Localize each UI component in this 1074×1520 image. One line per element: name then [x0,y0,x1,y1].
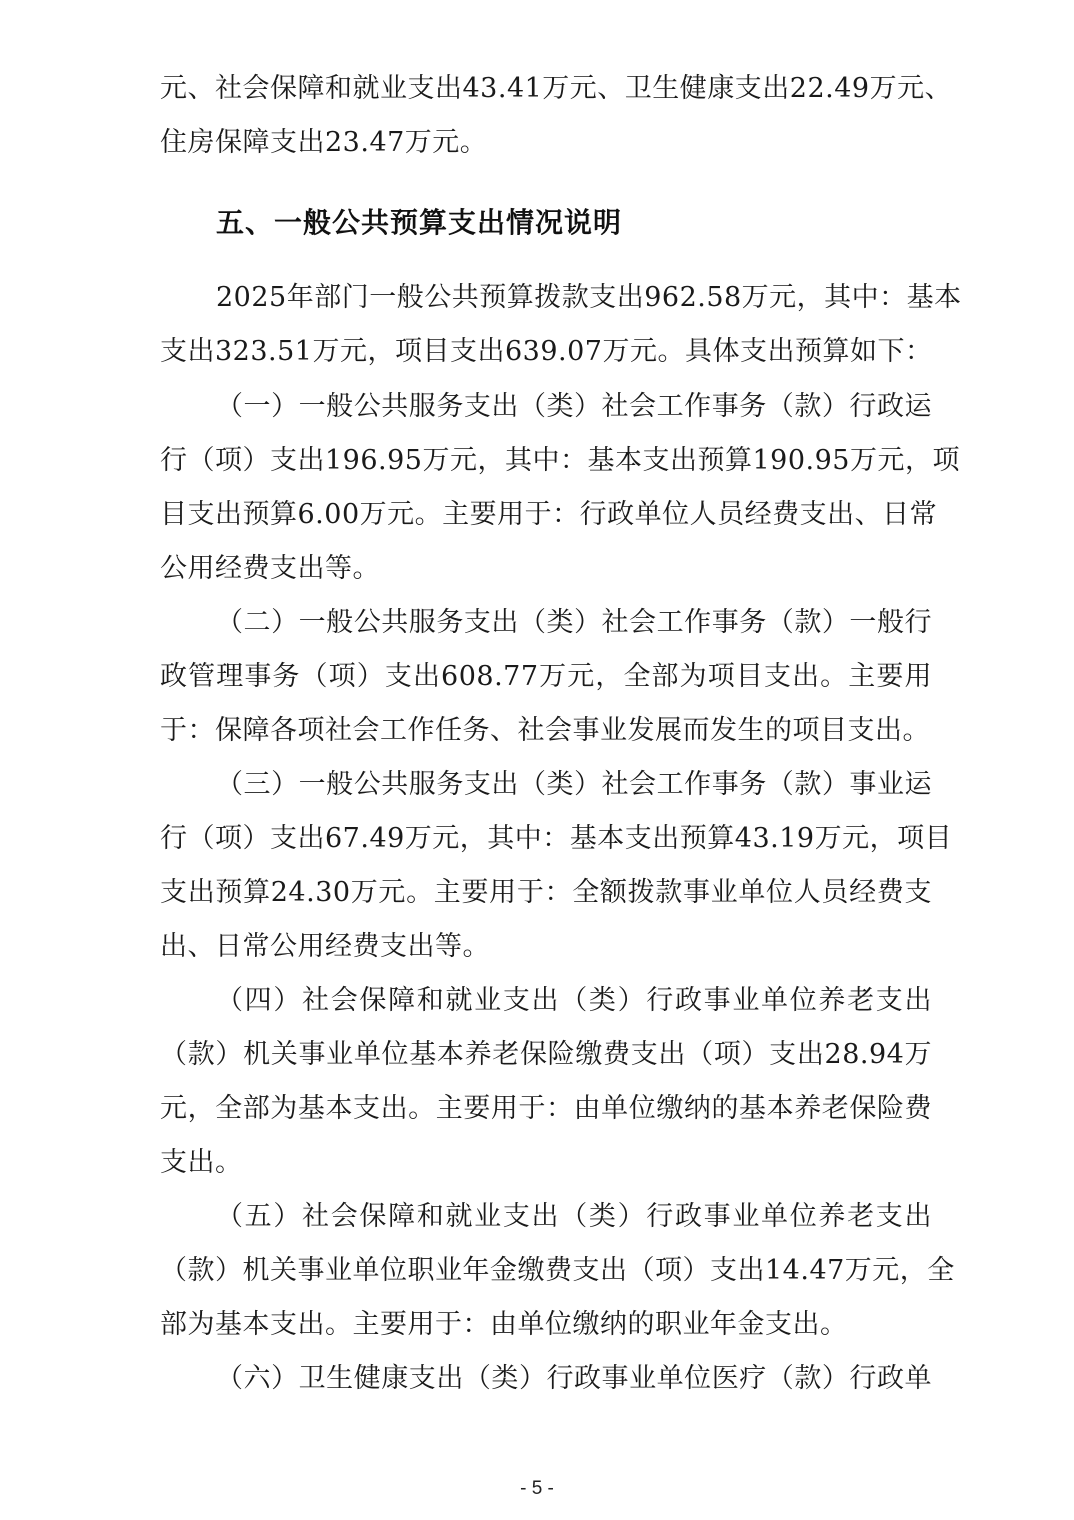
paragraph-line: 支出预算24.30万元。主要用于：全额拨款事业单位人员经费支 [160,873,932,913]
paragraph-line: （五）社会保障和就业支出（类）行政事业单位养老支出 [216,1197,932,1237]
paragraph-line: 于：保障各项社会工作任务、社会事业发展而发生的项目支出。 [160,711,932,751]
paragraph-line: （二）一般公共服务支出（类）社会工作事务（款）一般行 [216,603,932,643]
page-number: - 5 - [0,1477,1074,1501]
paragraph-line: （六）卫生健康支出（类）行政事业单位医疗（款）行政单 [216,1359,932,1399]
paragraph-line: 部为基本支出。主要用于：由单位缴纳的职业年金支出。 [160,1305,932,1345]
paragraph-line: （四）社会保障和就业支出（类）行政事业单位养老支出 [216,981,932,1021]
paragraph-line: 目支出预算6.00万元。主要用于：行政单位人员经费支出、日常 [160,495,932,535]
paragraph-line: 住房保障支出23.47万元。 [160,123,932,163]
paragraph-line: 行（项）支出67.49万元，其中：基本支出预算43.19万元，项目 [160,819,932,859]
paragraph-line: （款）机关事业单位职业年金缴费支出（项）支出14.47万元，全 [160,1251,932,1291]
paragraph-line: 公用经费支出等。 [160,549,932,589]
paragraph-line: 支出323.51万元，项目支出639.07万元。具体支出预算如下： [160,332,932,372]
paragraph-line: 政管理事务（项）支出608.77万元，全部为项目支出。主要用 [160,657,932,697]
paragraph-line: 出、日常公用经费支出等。 [160,927,932,967]
document-page: 元、社会保障和就业支出43.41万元、卫生健康支出22.49万元、 住房保障支出… [0,0,1074,1520]
paragraph-line: 元、社会保障和就业支出43.41万元、卫生健康支出22.49万元、 [160,69,932,109]
paragraph-line: 元，全部为基本支出。主要用于：由单位缴纳的基本养老保险费 [160,1089,932,1129]
paragraph-line: 2025年部门一般公共预算拨款支出962.58万元，其中：基本 [216,278,932,318]
paragraph-line: 支出。 [160,1143,932,1183]
paragraph-line: （三）一般公共服务支出（类）社会工作事务（款）事业运 [216,765,932,805]
section-heading: 五、一般公共预算支出情况说明 [216,201,622,245]
paragraph-line: （一）一般公共服务支出（类）社会工作事务（款）行政运 [216,387,932,427]
paragraph-line: 行（项）支出196.95万元，其中：基本支出预算190.95万元，项 [160,441,932,481]
paragraph-line: （款）机关事业单位基本养老保险缴费支出（项）支出28.94万 [160,1035,932,1075]
